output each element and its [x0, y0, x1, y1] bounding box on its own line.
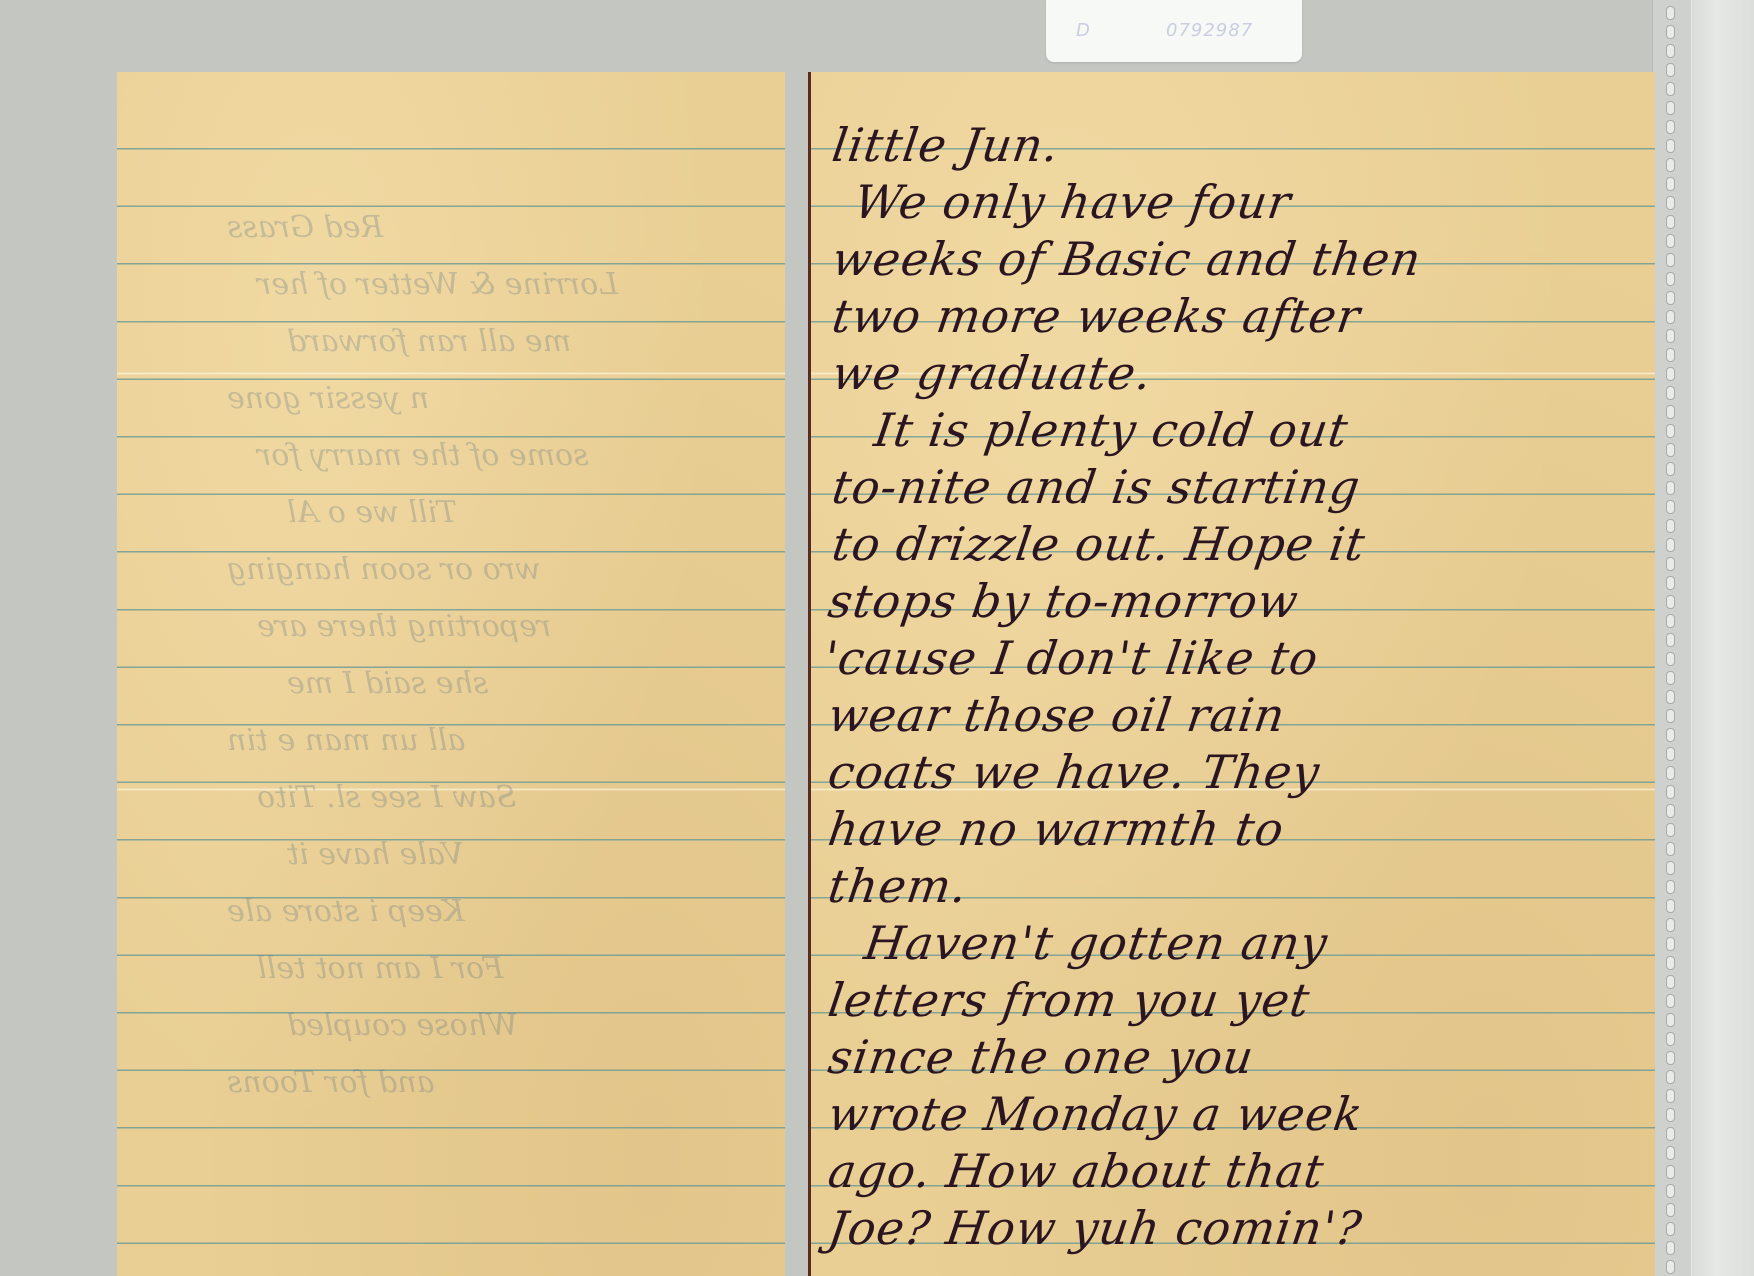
bleed-through-line: wro or soon hanging [227, 552, 541, 587]
binding-hole [1666, 6, 1675, 20]
binding-hole [1666, 1184, 1675, 1198]
letter-line: we graduate. [829, 346, 1155, 400]
binding-hole [1666, 291, 1675, 305]
binding-hole [1666, 1203, 1675, 1217]
letter-page-left: Red GrassLorrine & Wetter of herme all r… [117, 72, 785, 1276]
binding-hole [1666, 633, 1675, 647]
binding-hole [1666, 766, 1675, 780]
binding-hole [1666, 424, 1675, 438]
letter-line: 'cause I don't like to [821, 631, 1322, 685]
bleed-through-line: For I am not tell [257, 951, 503, 986]
bleed-through-line: Saw I see sl. Tito [257, 780, 516, 815]
bleed-through-line: all un man e tin [227, 723, 465, 758]
letter-line: since the one you [825, 1030, 1258, 1084]
binding-hole [1666, 1089, 1675, 1103]
binding-hole [1666, 120, 1675, 134]
letter-line: two more weeks after [829, 289, 1364, 343]
binding-hole [1666, 196, 1675, 210]
bleed-through-line: reporting there are [257, 609, 551, 644]
binding-hole [1666, 1127, 1675, 1141]
binding-hole [1666, 842, 1675, 856]
letter-line: wrote Monday a week [825, 1087, 1367, 1141]
binding-hole [1666, 158, 1675, 172]
binding-hole [1666, 1222, 1675, 1236]
binding-hole [1666, 1013, 1675, 1027]
binding-hole [1666, 1146, 1675, 1160]
binding-hole [1666, 1070, 1675, 1084]
binding-hole [1666, 44, 1675, 58]
binding-hole [1666, 956, 1675, 970]
bleed-through-line: Vale have it [287, 837, 464, 872]
binding-hole [1666, 519, 1675, 533]
letter-line: have no warmth to [825, 802, 1288, 856]
archive-label-mark-left: D [1076, 20, 1091, 41]
letter-line: It is plenty cold out [871, 403, 1352, 457]
letter-line: We only have four [851, 175, 1295, 229]
binding-hole [1666, 538, 1675, 552]
letter-line: weeks of Basic and then [829, 232, 1425, 286]
bleed-through-line: n yessir gone [227, 381, 429, 416]
binding-hole [1666, 139, 1675, 153]
binding-hole [1666, 101, 1675, 115]
binding-hole [1666, 861, 1675, 875]
binding-hole [1666, 804, 1675, 818]
letter-line: them. [825, 859, 971, 913]
binding-hole [1666, 709, 1675, 723]
binding-hole [1666, 63, 1675, 77]
binding-hole [1666, 348, 1675, 362]
binding-hole [1666, 272, 1675, 286]
binding-hole [1666, 234, 1675, 248]
binding-hole [1666, 310, 1675, 324]
binding-hole [1666, 899, 1675, 913]
binding-hole [1666, 652, 1675, 666]
binding-hole [1666, 443, 1675, 457]
binding-hole [1666, 937, 1675, 951]
letter-line: wear those oil rain [825, 688, 1289, 742]
binding-hole [1666, 462, 1675, 476]
binding-hole [1666, 177, 1675, 191]
binding-hole [1666, 481, 1675, 495]
bleed-through-line: Till we o Al [287, 495, 457, 530]
binding-hole [1666, 1108, 1675, 1122]
binding-hole [1666, 82, 1675, 96]
bleed-through-line: some of the marry for [257, 438, 589, 473]
sleeve-binding-strip [1652, 0, 1692, 1276]
sleeve-background [1690, 0, 1754, 1276]
bleed-through-line: and for Toons [227, 1065, 435, 1100]
binding-hole [1666, 367, 1675, 381]
bleed-through-line: Whose coupled [287, 1008, 518, 1043]
binding-hole [1666, 329, 1675, 343]
binding-hole [1666, 500, 1675, 514]
binding-hole [1666, 595, 1675, 609]
binding-hole [1666, 1260, 1675, 1274]
binding-hole [1666, 614, 1675, 628]
letter-line: to drizzle out. Hope it [829, 517, 1369, 571]
letter-line: Joe? How yuh comin'? [825, 1201, 1366, 1255]
binding-hole [1666, 253, 1675, 267]
letter-page-right: little Jun. We only have four weeks of B… [808, 72, 1655, 1276]
binding-hole [1666, 215, 1675, 229]
binding-hole [1666, 994, 1675, 1008]
binding-hole [1666, 25, 1675, 39]
bleed-through-line: Keep i store ale [227, 894, 464, 929]
binding-hole [1666, 671, 1675, 685]
letter-line: to-nite and is starting [829, 460, 1364, 514]
fold-crease [117, 372, 785, 375]
letter-line: little Jun. [829, 118, 1063, 172]
binding-hole [1666, 1051, 1675, 1065]
letter-line: stops by to-morrow [825, 574, 1302, 628]
binding-hole [1666, 918, 1675, 932]
binding-hole [1666, 823, 1675, 837]
archive-label: D 0792987 [1046, 0, 1302, 62]
binding-hole [1666, 728, 1675, 742]
bleed-through-line: Red Grass [227, 210, 383, 245]
binding-hole [1666, 1032, 1675, 1046]
letter-line: ago. How about that [825, 1144, 1328, 1198]
letter-line: Haven't gotten any [861, 916, 1331, 970]
binding-hole [1666, 880, 1675, 894]
binding-hole [1666, 405, 1675, 419]
binding-hole [1666, 690, 1675, 704]
bleed-through-line: me all ran forward [287, 324, 571, 359]
bleed-through-line: she said I me [287, 666, 488, 701]
binding-hole [1666, 386, 1675, 400]
handwritten-text: little Jun. We only have four weeks of B… [811, 72, 1655, 1276]
binding-hole [1666, 747, 1675, 761]
archive-label-mark-right: 0792987 [1166, 20, 1253, 41]
binding-hole [1666, 576, 1675, 590]
binding-hole [1666, 785, 1675, 799]
binding-hole [1666, 1165, 1675, 1179]
binding-hole [1666, 1241, 1675, 1255]
binding-hole [1666, 975, 1675, 989]
letter-line: coats we have. They [825, 745, 1323, 799]
binding-hole [1666, 557, 1675, 571]
bleed-through-line: Lorrine & Wetter of her [257, 267, 618, 302]
letter-line: letters from you yet [825, 973, 1314, 1027]
